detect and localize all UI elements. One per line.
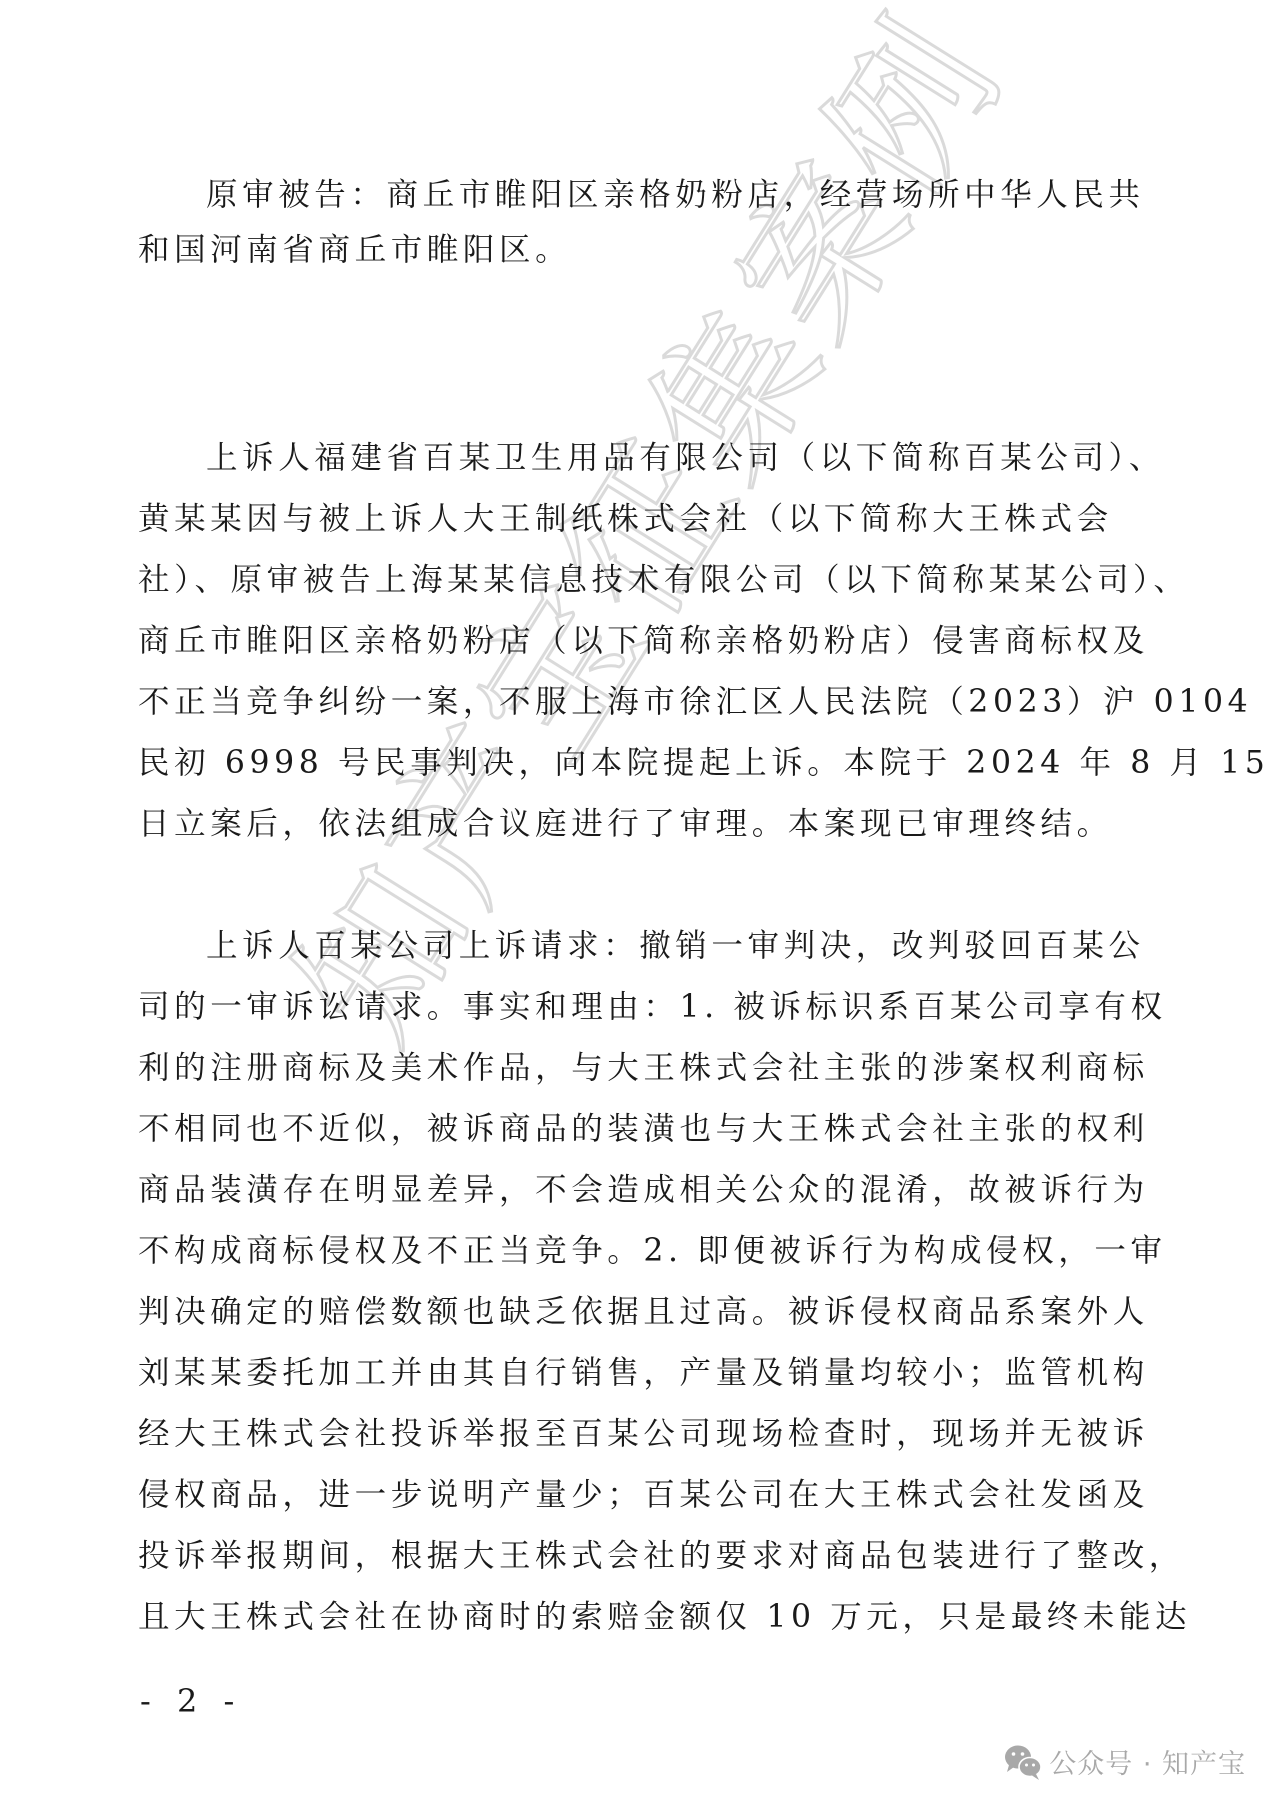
text-line: 司的一审诉讼请求。事实和理由：1. 被诉标识系百某公司享有权 <box>138 977 1122 1038</box>
text-line: 上诉人百某公司上诉请求：撤销一审判决，改判驳回百某公 <box>138 916 1122 977</box>
document-page: 知产宝征集案例 原审被告：商丘市睢阳区亲格奶粉店，经营场所中华人民共 和国河南省… <box>0 0 1280 1810</box>
text-line: 不正当竞争纠纷一案，不服上海市徐汇区人民法院（2023）沪 0104 <box>138 672 1122 733</box>
text-line: 原审被告：商丘市睢阳区亲格奶粉店，经营场所中华人民共 <box>138 168 1122 223</box>
text-line: 投诉举报期间，根据大王株式会社的要求对商品包装进行了整改， <box>138 1526 1122 1587</box>
text-line: 不构成商标侵权及不正当竞争。2. 即便被诉行为构成侵权，一审 <box>138 1221 1122 1282</box>
text-line: 刘某某委托加工并由其自行销售，产量及销量均较小；监管机构 <box>138 1343 1122 1404</box>
text-line: 且大王株式会社在协商时的索赔金额仅 10 万元，只是最终未能达 <box>138 1587 1122 1648</box>
text-line: 民初 6998 号民事判决，向本院提起上诉。本院于 2024 年 8 月 15 <box>138 733 1122 794</box>
wechat-attribution: 公众号 · 知产宝 <box>1003 1742 1246 1781</box>
text-line: 黄某某因与被上诉人大王制纸株式会社（以下简称大王株式会 <box>138 489 1122 550</box>
text-line: 和国河南省商丘市睢阳区。 <box>138 223 1122 278</box>
text-line: 社）、原审被告上海某某信息技术有限公司（以下简称某某公司）、 <box>138 550 1122 611</box>
text-line: 上诉人福建省百某卫生用品有限公司（以下简称百某公司）、 <box>138 428 1122 489</box>
wechat-icon <box>1003 1743 1043 1781</box>
text-line: 经大王株式会社投诉举报至百某公司现场检查时，现场并无被诉 <box>138 1404 1122 1465</box>
paragraph-case-intro: 上诉人福建省百某卫生用品有限公司（以下简称百某公司）、 黄某某因与被上诉人大王制… <box>138 428 1122 855</box>
text-line: 利的注册商标及美术作品，与大王株式会社主张的涉案权利商标 <box>138 1038 1122 1099</box>
text-line: 日立案后，依法组成合议庭进行了审理。本案现已审理终结。 <box>138 794 1122 855</box>
text-line: 商丘市睢阳区亲格奶粉店（以下简称亲格奶粉店）侵害商标权及 <box>138 611 1122 672</box>
attribution-text: 公众号 · 知产宝 <box>1049 1742 1246 1781</box>
text-line: 判决确定的赔偿数额也缺乏依据且过高。被诉侵权商品系案外人 <box>138 1282 1122 1343</box>
text-line: 侵权商品，进一步说明产量少；百某公司在大王株式会社发函及 <box>138 1465 1122 1526</box>
page-number: - 2 - <box>140 1682 242 1720</box>
text-line: 不相同也不近似，被诉商品的装潢也与大王株式会社主张的权利 <box>138 1099 1122 1160</box>
paragraph-appeal-request: 上诉人百某公司上诉请求：撤销一审判决，改判驳回百某公 司的一审诉讼请求。事实和理… <box>138 916 1122 1648</box>
text-line: 商品装潢存在明显差异，不会造成相关公众的混淆，故被诉行为 <box>138 1160 1122 1221</box>
paragraph-original-defendant: 原审被告：商丘市睢阳区亲格奶粉店，经营场所中华人民共 和国河南省商丘市睢阳区。 <box>138 168 1122 278</box>
